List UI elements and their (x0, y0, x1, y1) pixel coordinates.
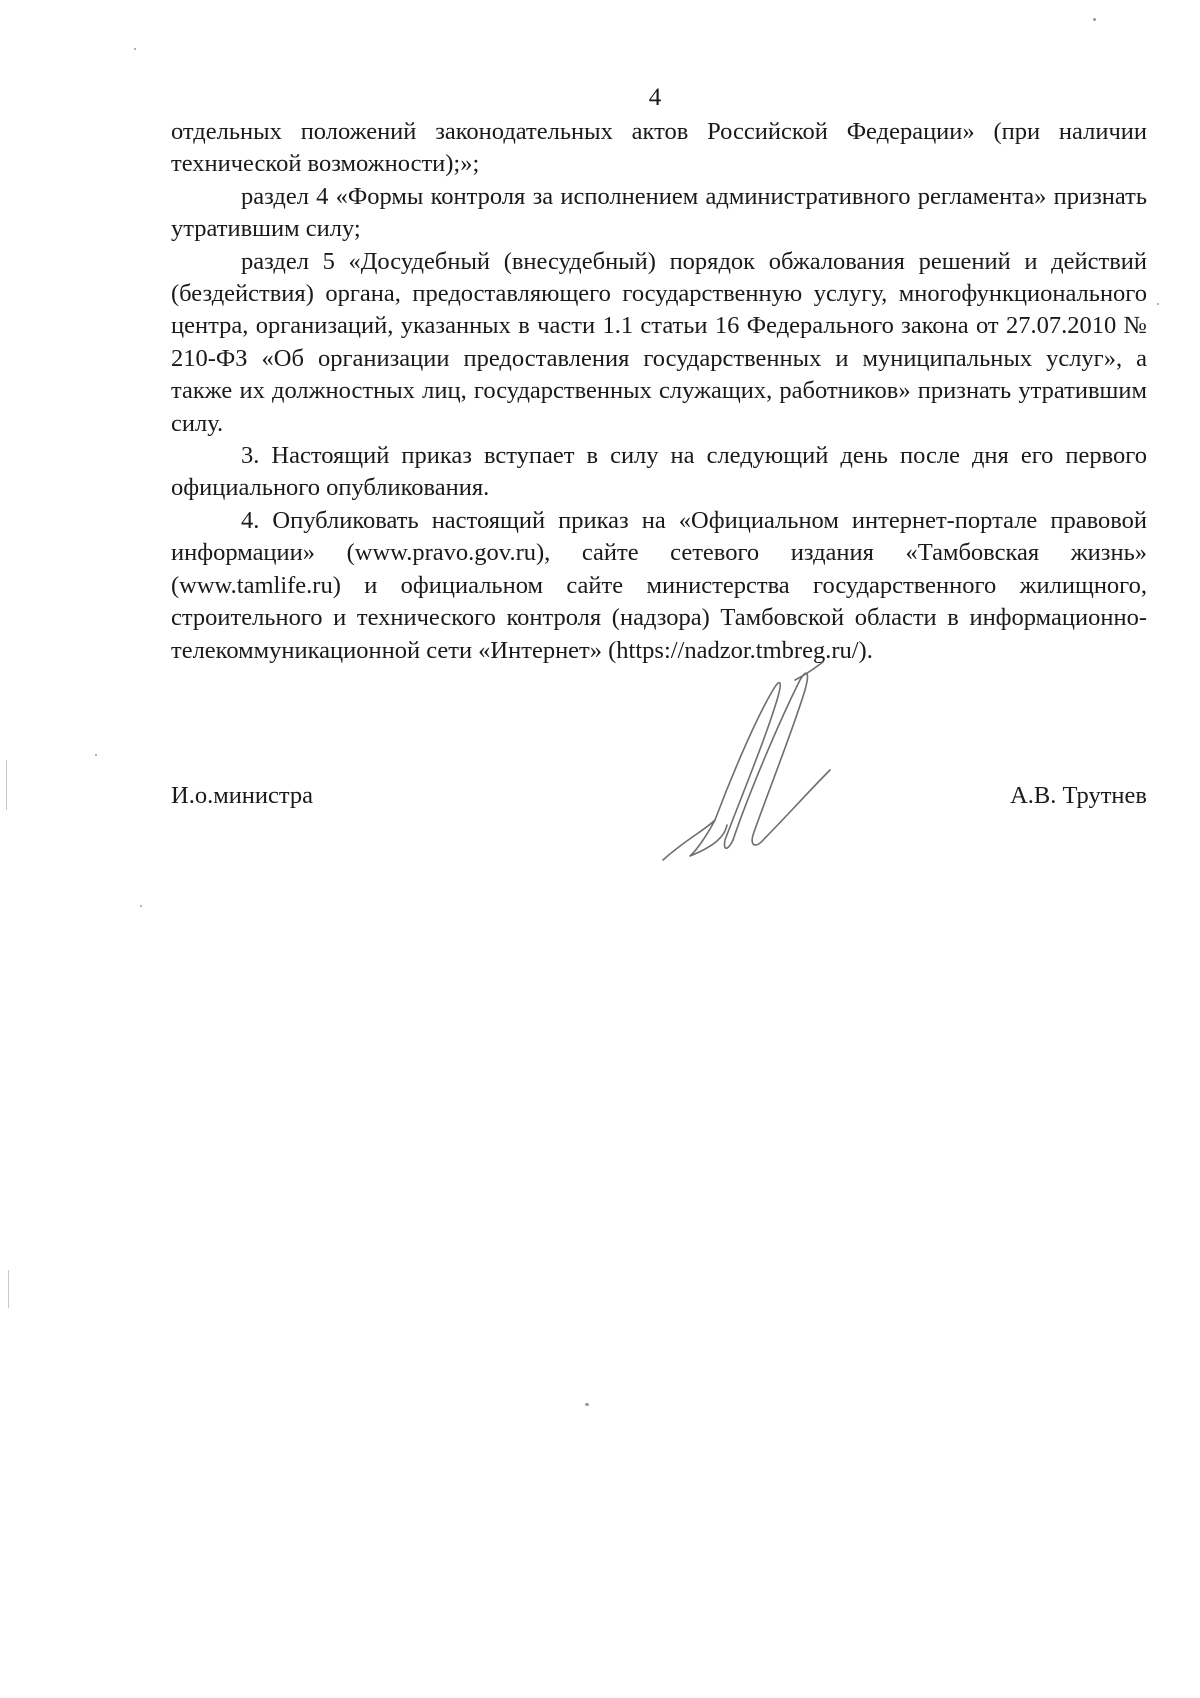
paragraph-item-4: 4. Опубликовать настоящий приказ на «Офи… (171, 505, 1147, 667)
paragraph-item-3: 3. Настоящий приказ вступает в силу на с… (171, 440, 1147, 505)
scan-edge-mark (6, 760, 7, 810)
scan-speck (1157, 303, 1159, 305)
handwritten-signature (655, 660, 855, 870)
scan-speck (134, 48, 136, 50)
scan-speck (95, 754, 97, 756)
document-body: отдельных положений законодательных акто… (171, 116, 1147, 667)
paragraph-section-4: раздел 4 «Формы контроля за исполнением … (171, 181, 1147, 246)
signer-name: А.В. Трутнев (1010, 782, 1147, 810)
signer-position: И.о.министра (171, 782, 313, 810)
scan-edge-mark (8, 1270, 9, 1308)
paragraph-section-5: раздел 5 «Досудебный (внесудебный) поряд… (171, 246, 1147, 440)
scan-speck (140, 905, 142, 907)
scan-speck (1093, 18, 1096, 21)
scan-speck (585, 1403, 589, 1406)
page-number: 4 (0, 84, 1200, 112)
paragraph-continuation: отдельных положений законодательных акто… (171, 116, 1147, 181)
